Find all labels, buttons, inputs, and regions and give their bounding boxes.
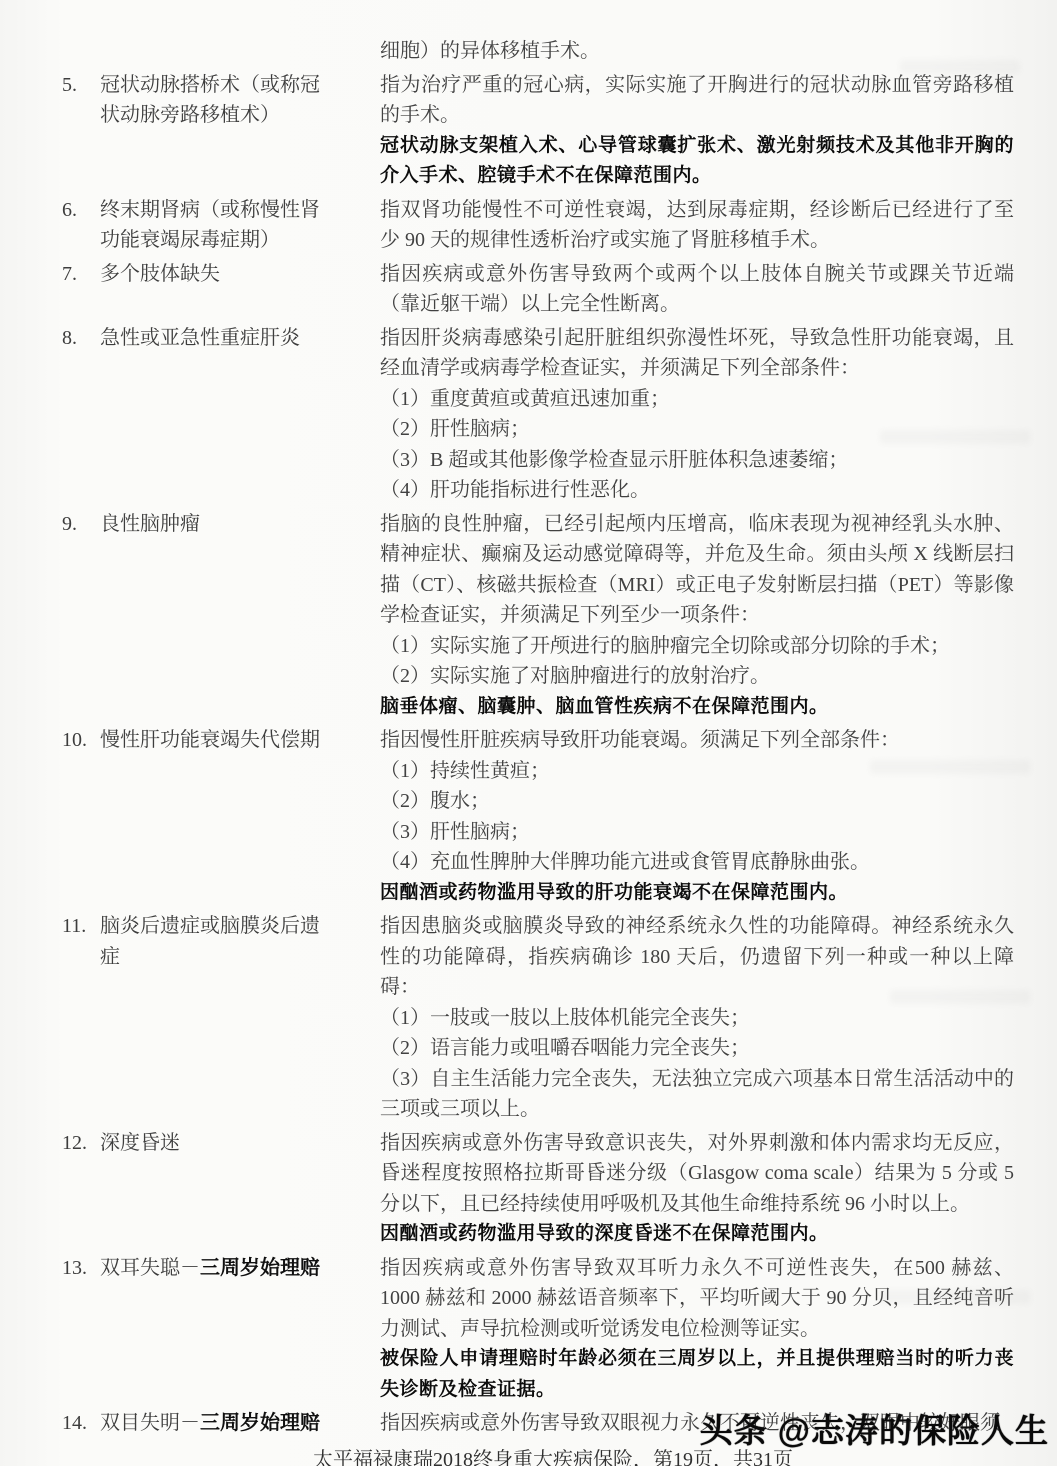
condition-paragraph: （2）语言能力或咀嚼吞咽能力完全丧失； — [380, 1033, 1014, 1064]
exclusion-paragraph: 因酗酒或药物滥用导致的肝功能衰竭不在保障范围内。 — [380, 878, 1014, 909]
item-title: 慢性肝功能衰竭失代偿期 — [100, 725, 380, 756]
watermark: 头条 @志涛的保险人生 — [700, 1405, 1049, 1452]
item-content: 指因疾病或意外伤害导致两个或两个以上肢体自腕关节或踝关节近端（靠近躯干端）以上完… — [380, 259, 1014, 320]
exclusion-paragraph: 脑垂体瘤、脑囊肿、脑血管性疾病不在保障范围内。 — [380, 692, 1014, 723]
definition-paragraph: 指因慢性肝脏疾病导致肝功能衰竭。须满足下列全部条件： — [380, 725, 1014, 756]
item-title: 冠状动脉搭桥术（或称冠状动脉旁路移植术） — [100, 70, 380, 131]
list-item: 11. 脑炎后遗症或脑膜炎后遗症 指因患脑炎或脑膜炎导致的神经系统永久性的功能障… — [62, 911, 1014, 1125]
definition-paragraph: 指因疾病或意外伤害导致双耳听力永久不可逆性丧失，在500 赫兹、1000 赫兹和… — [380, 1253, 1014, 1345]
list-item: 8. 急性或亚急性重症肝炎 指因肝炎病毒感染引起肝脏组织弥漫性坏死，导致急性肝功… — [62, 323, 1014, 506]
item-content: 指因患脑炎或脑膜炎导致的神经系统永久性的功能障碍。神经系统永久性的功能障碍，指疾… — [380, 911, 1014, 1125]
item-title: 脑炎后遗症或脑膜炎后遗症 — [100, 911, 380, 972]
definition-paragraph: 指双肾功能慢性不可逆性衰竭，达到尿毒症期，经诊断后已经进行了至少 90 天的规律… — [380, 195, 1014, 256]
item-number: 8. — [62, 323, 100, 354]
item-title: 终末期肾病（或称慢性肾功能衰竭尿毒症期） — [100, 195, 380, 256]
item-title: 多个肢体缺失 — [100, 259, 380, 290]
condition-paragraph: （1）实际实施了开颅进行的脑肿瘤完全切除或部分切除的手术； — [380, 631, 1014, 662]
list-item: 13. 双耳失聪－三周岁始理赔 指因疾病或意外伤害导致双耳听力永久不可逆性丧失，… — [62, 1253, 1014, 1406]
item-number: 7. — [62, 259, 100, 290]
item-content: 指因慢性肝脏疾病导致肝功能衰竭。须满足下列全部条件： （1）持续性黄疸； （2）… — [380, 725, 1014, 908]
definition-paragraph: 细胞）的异体移植手术。 — [380, 36, 1014, 67]
definition-paragraph: 指脑的良性肿瘤，已经引起颅内压增高，临床表现为视神经乳头水肿、精神症状、癫痫及运… — [380, 509, 1014, 631]
condition-paragraph: （1）一肢或一肢以上肢体机能完全丧失； — [380, 1003, 1014, 1034]
item-content: 指脑的良性肿瘤，已经引起颅内压增高，临床表现为视神经乳头水肿、精神症状、癫痫及运… — [380, 509, 1014, 723]
condition-paragraph: （1）重度黄疸或黄疸迅速加重； — [380, 384, 1014, 415]
condition-paragraph: （4）充血性脾肿大伴脾功能亢进或食管胃底静脉曲张。 — [380, 847, 1014, 878]
item-number: 6. — [62, 195, 100, 226]
condition-paragraph: （4）肝功能指标进行性恶化。 — [380, 475, 1014, 506]
item-content: 指因疾病或意外伤害导致双耳听力永久不可逆性丧失，在500 赫兹、1000 赫兹和… — [380, 1253, 1014, 1406]
definition-paragraph: 指因患脑炎或脑膜炎导致的神经系统永久性的功能障碍。神经系统永久性的功能障碍，指疾… — [380, 911, 1014, 1003]
document-page: 细胞）的异体移植手术。 5. 冠状动脉搭桥术（或称冠状动脉旁路移植术） 指为治疗… — [0, 0, 1057, 1466]
definition-paragraph: 指为治疗严重的冠心病，实际实施了开胸进行的冠状动脉血管旁路移植的手术。 — [380, 70, 1014, 131]
condition-paragraph: （2）实际实施了对脑肿瘤进行的放射治疗。 — [380, 661, 1014, 692]
list-item: 10. 慢性肝功能衰竭失代偿期 指因慢性肝脏疾病导致肝功能衰竭。须满足下列全部条… — [62, 725, 1014, 908]
list-item: 9. 良性脑肿瘤 指脑的良性肿瘤，已经引起颅内压增高，临床表现为视神经乳头水肿、… — [62, 509, 1014, 723]
list-item-continuation: 细胞）的异体移植手术。 — [62, 36, 1014, 67]
item-number: 12. — [62, 1128, 100, 1159]
item-number: 13. — [62, 1253, 100, 1284]
condition-paragraph: （2）肝性脑病； — [380, 414, 1014, 445]
condition-paragraph: （1）持续性黄疸； — [380, 756, 1014, 787]
list-item: 7. 多个肢体缺失 指因疾病或意外伤害导致两个或两个以上肢体自腕关节或踝关节近端… — [62, 259, 1014, 320]
exclusion-paragraph: 冠状动脉支架植入术、心导管球囊扩张术、激光射频技术及其他非开胸的介入手术、腔镜手… — [380, 131, 1014, 192]
list-item: 12. 深度昏迷 指因疾病或意外伤害导致意识丧失，对外界刺激和体内需求均无反应，… — [62, 1128, 1014, 1250]
condition-paragraph: （2）腹水； — [380, 786, 1014, 817]
item-number: 9. — [62, 509, 100, 540]
definition-paragraph: 指因疾病或意外伤害导致意识丧失，对外界刺激和体内需求均无反应，昏迷程度按照格拉斯… — [380, 1128, 1014, 1220]
item-number: 5. — [62, 70, 100, 101]
item-title: 双目失明－三周岁始理赔 — [100, 1408, 380, 1439]
item-number: 11. — [62, 911, 100, 942]
item-title: 深度昏迷 — [100, 1128, 380, 1159]
item-content: 指双肾功能慢性不可逆性衰竭，达到尿毒症期，经诊断后已经进行了至少 90 天的规律… — [380, 195, 1014, 256]
definition-paragraph: 指因肝炎病毒感染引起肝脏组织弥漫性坏死，导致急性肝功能衰竭，且经血清学或病毒学检… — [380, 323, 1014, 384]
condition-paragraph: （3）B 超或其他影像学检查显示肝脏体积急速萎缩； — [380, 445, 1014, 476]
condition-paragraph: （3）肝性脑病； — [380, 817, 1014, 848]
list-item: 6. 终末期肾病（或称慢性肾功能衰竭尿毒症期） 指双肾功能慢性不可逆性衰竭，达到… — [62, 195, 1014, 256]
item-number: 14. — [62, 1408, 100, 1439]
condition-paragraph: （3）自主生活能力完全丧失，无法独立完成六项基本日常生活活动中的三项或三项以上。 — [380, 1064, 1014, 1125]
list-item: 5. 冠状动脉搭桥术（或称冠状动脉旁路移植术） 指为治疗严重的冠心病，实际实施了… — [62, 70, 1014, 192]
claim-requirement-paragraph: 被保险人申请理赔时年龄必须在三周岁以上，并且提供理赔当时的听力丧失诊断及检查证据… — [380, 1344, 1014, 1405]
item-title: 良性脑肿瘤 — [100, 509, 380, 540]
item-title: 双耳失聪－三周岁始理赔 — [100, 1253, 380, 1284]
item-title-bold-suffix: 三周岁始理赔 — [200, 1412, 320, 1434]
exclusion-paragraph: 因酗酒或药物滥用导致的深度昏迷不在保障范围内。 — [380, 1219, 1014, 1250]
item-content: 指因疾病或意外伤害导致意识丧失，对外界刺激和体内需求均无反应，昏迷程度按照格拉斯… — [380, 1128, 1014, 1250]
item-title: 急性或亚急性重症肝炎 — [100, 323, 380, 354]
item-content: 细胞）的异体移植手术。 — [380, 36, 1014, 67]
item-title-bold-suffix: 三周岁始理赔 — [200, 1257, 320, 1279]
item-number: 10. — [62, 725, 100, 756]
item-title-text: 双目失明－ — [100, 1412, 200, 1434]
definition-paragraph: 指因疾病或意外伤害导致两个或两个以上肢体自腕关节或踝关节近端（靠近躯干端）以上完… — [380, 259, 1014, 320]
item-content: 指为治疗严重的冠心病，实际实施了开胸进行的冠状动脉血管旁路移植的手术。 冠状动脉… — [380, 70, 1014, 192]
item-title-text: 双耳失聪－ — [100, 1257, 200, 1279]
item-content: 指因肝炎病毒感染引起肝脏组织弥漫性坏死，导致急性肝功能衰竭，且经血清学或病毒学检… — [380, 323, 1014, 506]
